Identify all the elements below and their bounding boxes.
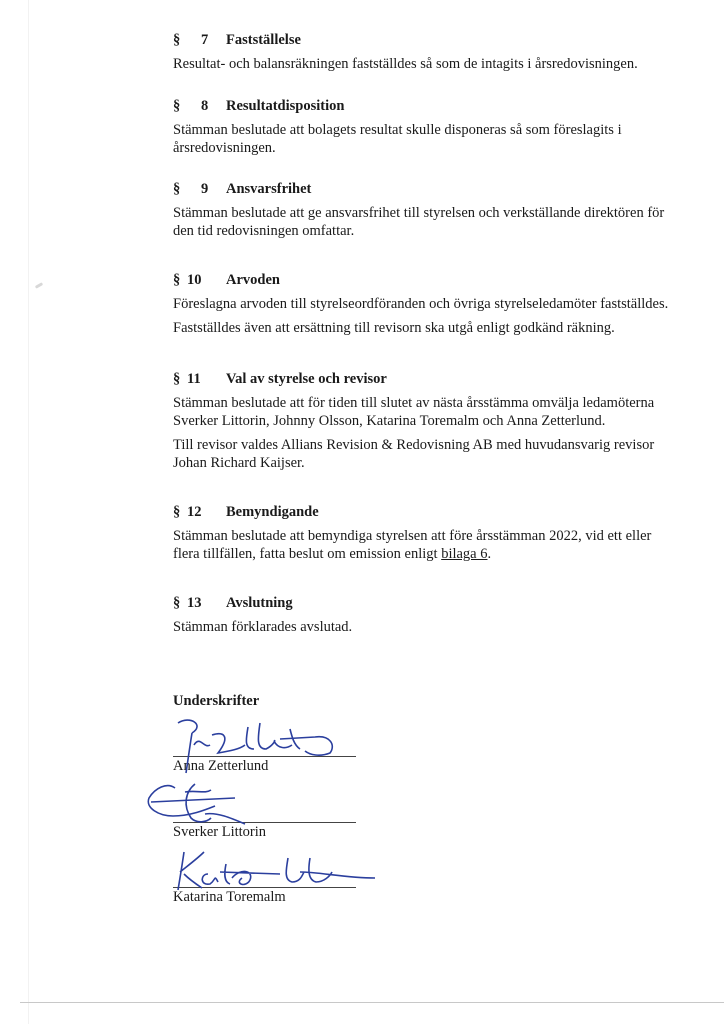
- paragraph-symbol: §: [173, 271, 187, 289]
- section-heading: § 11 Val av styrelse och revisor: [173, 370, 693, 388]
- section-heading: § 10 Arvoden: [173, 271, 693, 289]
- section-title: Bemyndigande: [226, 503, 319, 521]
- section-paragraph: Till revisor valdes Allians Revision & R…: [173, 436, 668, 472]
- section-number: 13: [187, 594, 226, 612]
- signatures-heading: Underskrifter: [173, 693, 259, 710]
- paragraph-text: Stämman beslutade att bemyndiga styrelse…: [173, 528, 651, 562]
- section-title: Fastställelse: [226, 31, 301, 49]
- scan-speck: [35, 282, 43, 289]
- section-heading: § 8 Resultatdisposition: [173, 97, 693, 115]
- section-7: § 7 Fastställelse Resultat- och balansrä…: [173, 31, 693, 79]
- section-number: 11: [187, 370, 226, 388]
- paragraph-symbol: §: [173, 31, 187, 49]
- section-heading: § 13 Avslutning: [173, 594, 693, 612]
- section-paragraph: Fastställdes även att ersättning till re…: [173, 319, 693, 337]
- section-12: § 12 Bemyndigande Stämman beslutade att …: [173, 503, 693, 569]
- paragraph-symbol: §: [173, 97, 187, 115]
- section-heading: § 9 Ansvarsfrihet: [173, 180, 693, 198]
- section-number: 9: [187, 180, 226, 198]
- section-13: § 13 Avslutning Stämman förklarades avsl…: [173, 594, 693, 642]
- section-title: Arvoden: [226, 271, 280, 289]
- document-page: § 7 Fastställelse Resultat- och balansrä…: [0, 0, 724, 1024]
- paragraph-symbol: §: [173, 594, 187, 612]
- section-8: § 8 Resultatdisposition Stämman beslutad…: [173, 97, 693, 163]
- section-paragraph: Stämman förklarades avslutad.: [173, 618, 693, 636]
- section-number: 8: [187, 97, 226, 115]
- section-number: 10: [187, 271, 226, 289]
- paragraph-symbol: §: [173, 503, 187, 521]
- section-paragraph: Föreslagna arvoden till styrelseordföran…: [173, 295, 693, 313]
- paragraph-suffix: .: [488, 546, 492, 562]
- section-paragraph: Stämman beslutade att för tiden till slu…: [173, 394, 668, 430]
- paragraph-symbol: §: [173, 370, 187, 388]
- section-paragraph: Resultat- och balansräkningen fastställd…: [173, 55, 693, 73]
- signature-katarina-toremalm: [170, 848, 390, 893]
- section-title: Ansvarsfrihet: [226, 180, 311, 198]
- appendix-reference: bilaga 6: [441, 546, 487, 562]
- section-number: 12: [187, 503, 226, 521]
- section-paragraph: Stämman beslutade att bemyndiga styrelse…: [173, 527, 668, 563]
- scan-edge: [28, 0, 29, 1024]
- section-paragraph: Stämman beslutade att bolagets resultat …: [173, 121, 643, 157]
- section-title: Avslutning: [226, 594, 293, 612]
- section-title: Val av styrelse och revisor: [226, 370, 387, 388]
- section-number: 7: [187, 31, 226, 49]
- section-paragraph: Stämman beslutade att ge ansvarsfrihet t…: [173, 204, 673, 240]
- scan-bottom-edge: [20, 1002, 724, 1003]
- section-heading: § 7 Fastställelse: [173, 31, 693, 49]
- section-9: § 9 Ansvarsfrihet Stämman beslutade att …: [173, 180, 693, 246]
- signature-anna-zetterlund: [170, 715, 370, 775]
- section-heading: § 12 Bemyndigande: [173, 503, 693, 521]
- signature-sverker-littorin: [145, 778, 265, 838]
- section-title: Resultatdisposition: [226, 97, 344, 115]
- section-10: § 10 Arvoden Föreslagna arvoden till sty…: [173, 271, 693, 343]
- paragraph-symbol: §: [173, 180, 187, 198]
- section-11: § 11 Val av styrelse och revisor Stämman…: [173, 370, 693, 478]
